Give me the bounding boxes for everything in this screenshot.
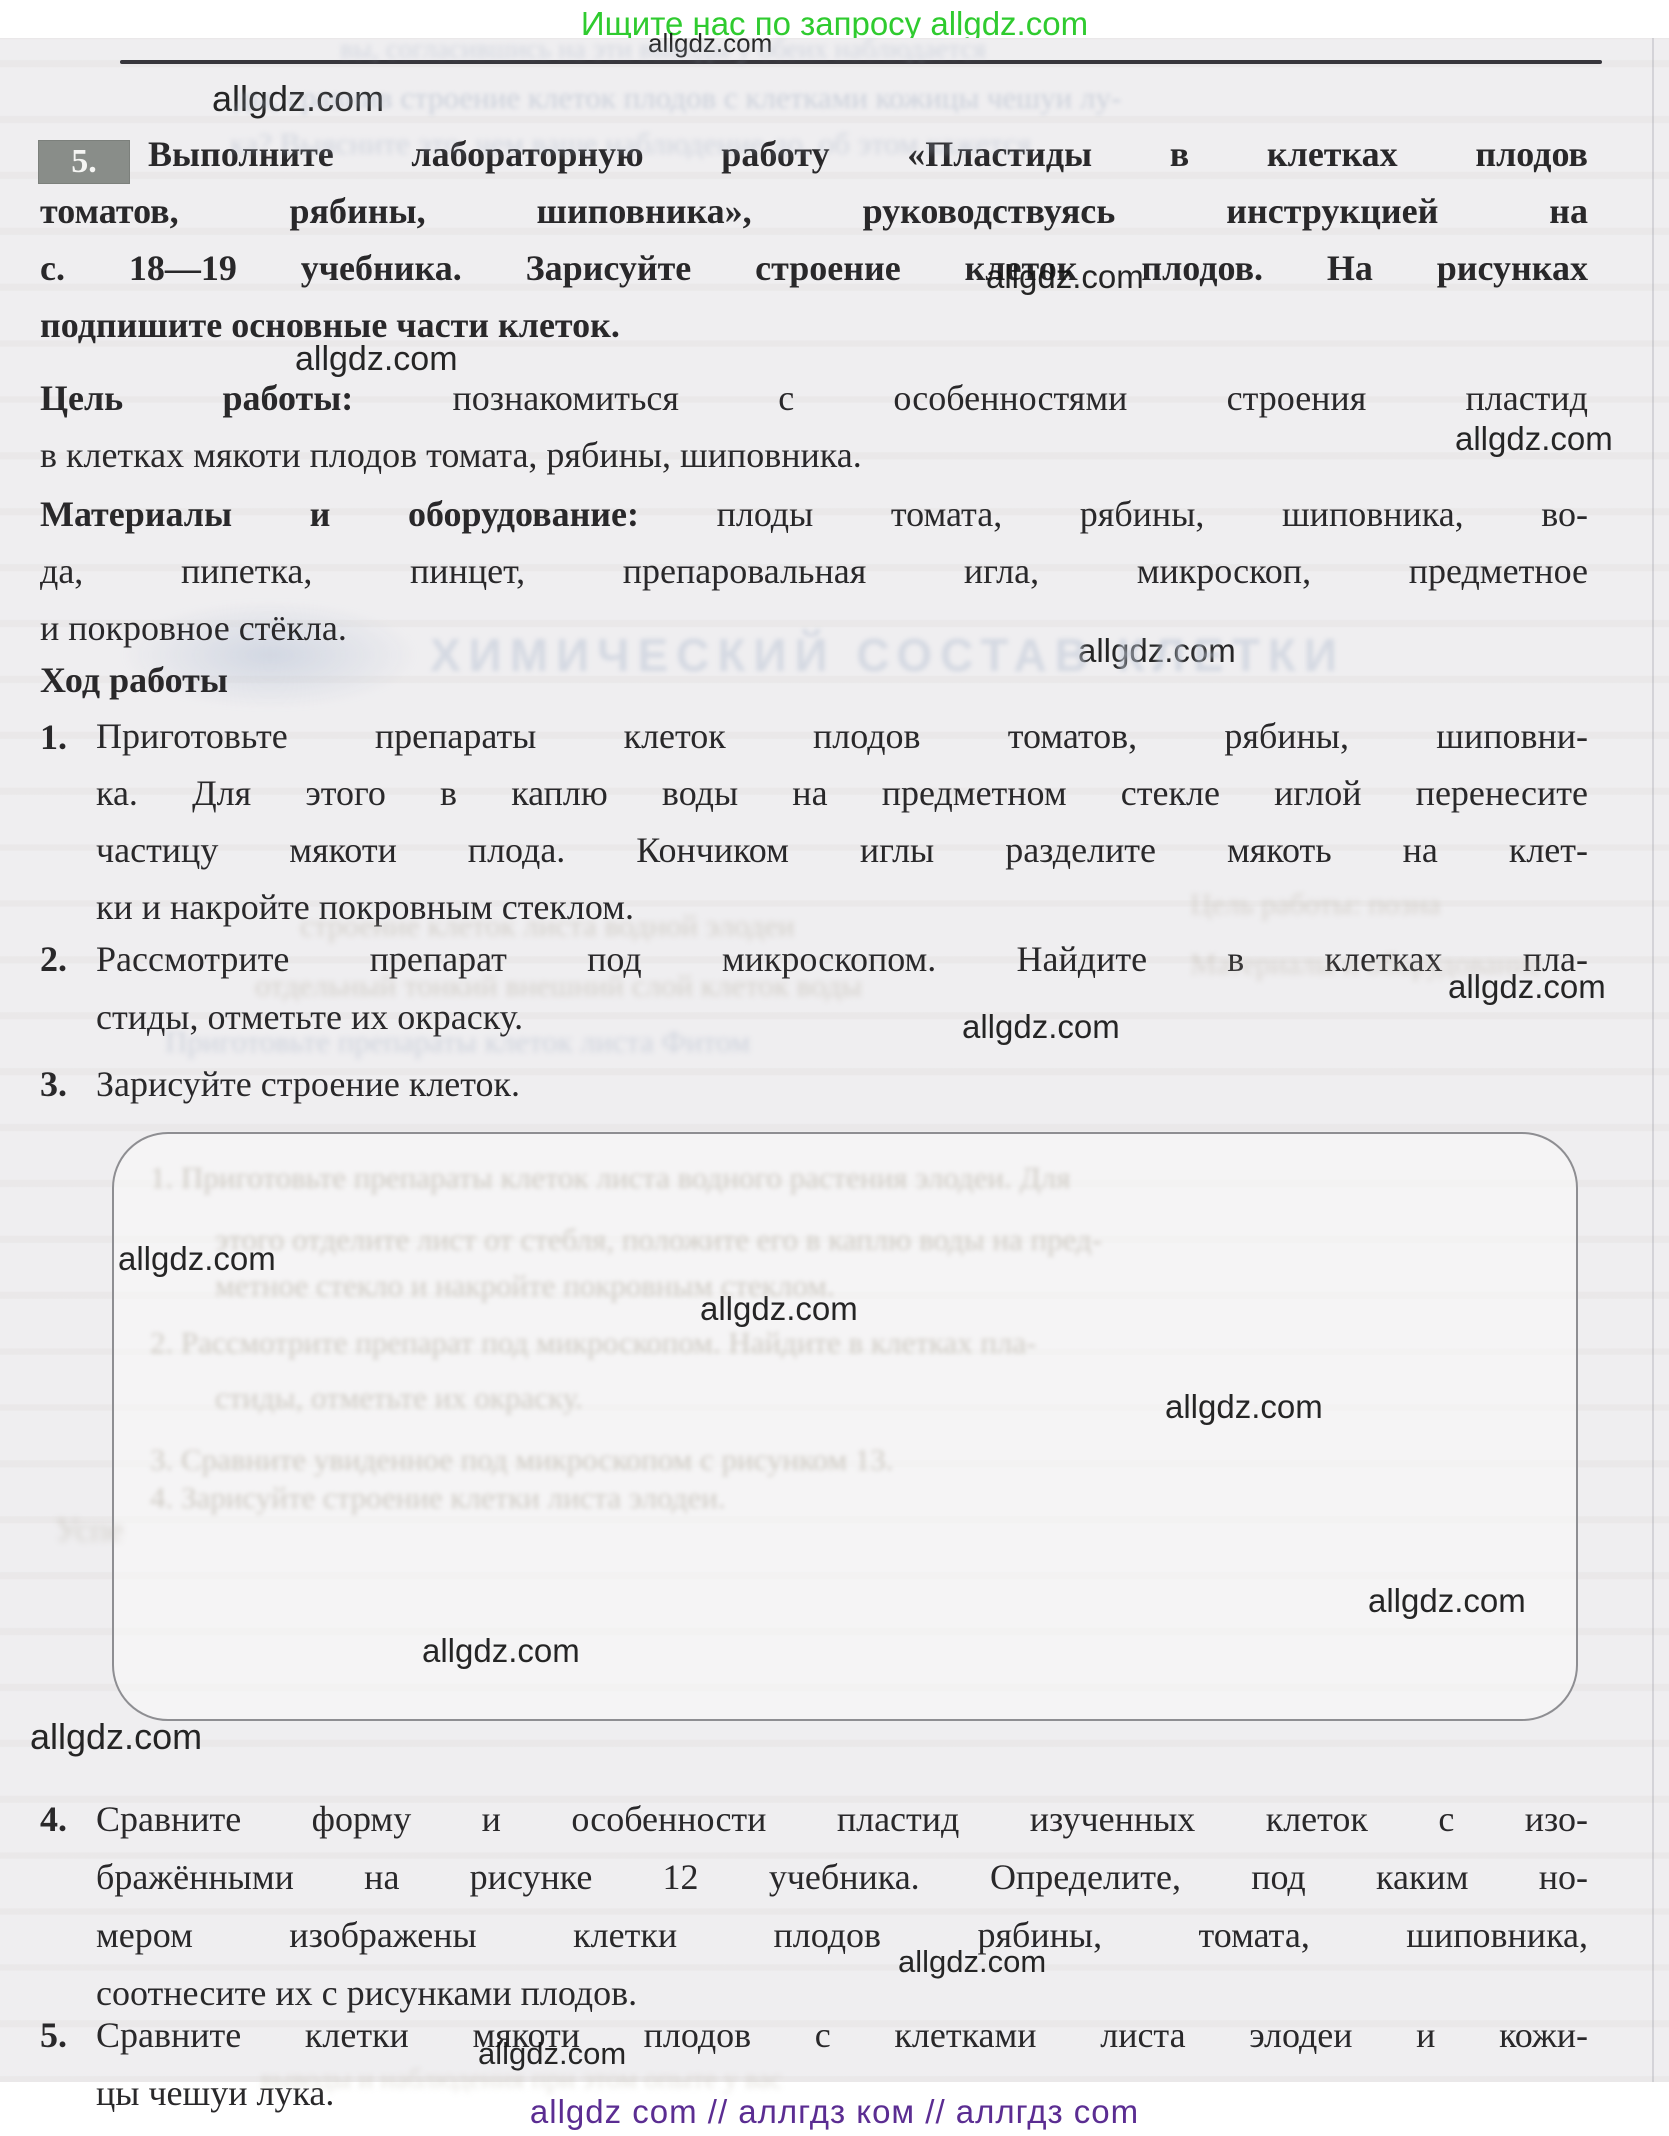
watermark-text: allgdz.com [1368,1582,1526,1620]
item-number: 2. [40,930,67,988]
goal-line: Цель работы: познакомиться с особенностя… [40,370,1588,427]
workbook-scan-page: Ищите нас по запросу allgdz.com 5. Выпол… [0,0,1669,2136]
task-paragraph: Выполните лабораторную работу «Пластиды … [40,126,1588,354]
item-line: мером изображены клетки плодов рябины, т… [96,1906,1588,1964]
watermark-text: allgdz.com [30,1716,202,1758]
watermark-text: allgdz.com [422,1632,580,1670]
promo-banner-text: Ищите нас по запросу allgdz.com [0,6,1669,42]
footer-promo-text: allgdz com // аллгдз ком // аллгдз com [0,2094,1669,2130]
item-line: Сравните клетки мякоти плодов с клетками… [96,2006,1588,2064]
materials-text: плоды томата, рябины, шиповника, во- [639,494,1588,534]
procedure-heading: Ход работы [40,652,1588,709]
item-number: 5. [40,2006,67,2064]
item-line: Зарисуйте строение клеток. [96,1055,1588,1113]
item-number: 4. [40,1790,67,1848]
item-line: ка. Для этого в каплю воды на предметном… [96,765,1588,822]
task-line: с. 18—19 учебника. Зарисуйте строение кл… [40,240,1588,297]
item-number: 3. [40,1055,67,1113]
materials-label: Материалы и оборудование: [40,494,639,534]
watermark-text: allgdz.com [118,1240,276,1278]
goal-line: в клетках мякоти плодов томата, рябины, … [40,427,1588,484]
watermark-text: allgdz.com [212,78,384,120]
materials-line: Материалы и оборудование: плоды томата, … [40,486,1588,543]
watermark-text: allgdz.com [295,340,458,379]
procedure-item-3: 3. Зарисуйте строение клеток. [40,1055,1588,1113]
goal-paragraph: Цель работы: познакомиться с особенностя… [40,370,1588,484]
item-line: Сравните форму и особенности пластид изу… [96,1790,1588,1848]
task-line: Выполните лабораторную работу «Пластиды … [40,126,1588,183]
watermark-text: allgdz.com [962,1008,1120,1046]
watermark-text: allgdz.com [478,2036,626,2072]
watermark-text: allgdz.com [700,1290,858,1328]
goal-text: познакомиться с особенностями строения п… [353,378,1588,418]
item-number: 1. [40,708,67,766]
scan-edge-line [1652,38,1654,2082]
item-line: бражёнными на рисунке 12 учебника. Опред… [96,1848,1588,1906]
procedure-item-4: 4. Сравните форму и особенности пластид … [40,1790,1588,2022]
watermark-text: allgdz.com [898,1944,1046,1980]
watermark-text: allgdz.com [1078,632,1236,670]
item-line: Приготовьте препараты клеток плодов тома… [96,708,1588,765]
materials-line: да, пипетка, пинцет, препаровальная игла… [40,543,1588,600]
procedure-item-1: 1. Приготовьте препараты клеток плодов т… [40,708,1588,936]
watermark-text: allgdz.com [1448,968,1606,1006]
watermark-text: allgdz.com [1165,1388,1323,1426]
task-line: подпишите основные части клеток. [40,297,1588,354]
top-divider-line [120,60,1602,64]
procedure-item-2: 2. Рассмотрите препарат под микроскопом.… [40,930,1588,1046]
materials-paragraph: Материалы и оборудование: плоды томата, … [40,486,1588,657]
task-line: томатов, рябины, шиповника», руководству… [40,183,1588,240]
goal-label: Цель работы: [40,378,353,418]
watermark-text: allgdz.com [986,258,1144,296]
watermark-text: allgdz.com [648,28,772,59]
watermark-text: allgdz.com [1455,420,1613,458]
item-line: ки и накройте покровным стеклом. [96,879,1588,936]
item-line: частицу мякоти плода. Кончиком иглы разд… [96,822,1588,879]
drawing-answer-box[interactable] [112,1132,1578,1721]
item-line: стиды, отметьте их окраску. [96,988,1588,1046]
item-line: Рассмотрите препарат под микроскопом. На… [96,930,1588,988]
materials-line: и покровное стёкла. [40,600,1588,657]
